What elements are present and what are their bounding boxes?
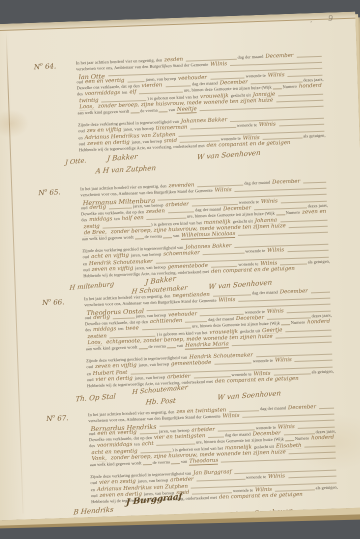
ruled-fill-line [296, 56, 321, 58]
ruled-dash [130, 112, 139, 113]
handwritten-text: veehouder [168, 311, 197, 318]
printed-form-text: jaren, van beroep [135, 264, 166, 270]
printed-form-text: dag der maand [195, 207, 221, 213]
ruled-dash [159, 111, 168, 112]
printed-form-text: oud [85, 315, 92, 320]
printed-form-text: dezes jaars, [303, 77, 323, 83]
printed-form-text: van [181, 459, 187, 464]
ruled-fill-line [185, 321, 207, 323]
printed-form-text: dezes jaars, [315, 429, 335, 435]
handwritten-text: schoenmaker [163, 251, 200, 258]
ruled-dash [285, 440, 294, 441]
handwritten-text: vierden [142, 83, 163, 90]
register-page-paper: No 64.In het jaar achttien honderd vier … [0, 12, 360, 521]
printed-form-text: ten [134, 442, 140, 447]
printed-form-text: jaren, van beroep [138, 478, 169, 484]
entry-number: No 66. [42, 298, 64, 307]
handwritten-text: middags [89, 217, 112, 224]
printed-form-text: als getuigen, [311, 369, 333, 375]
signature: W van Soenhoven [217, 389, 281, 401]
birth-record-entry: No 64.In het jaar achttien honderd vier … [76, 52, 327, 180]
printed-form-text: geslacht uit [254, 444, 274, 450]
ruled-dash [171, 463, 180, 464]
printed-form-text: oud [91, 493, 98, 498]
entry-number: No 67. [46, 414, 68, 423]
ruled-fill-line [311, 291, 330, 293]
handwritten-text: Wilnis [261, 198, 278, 205]
handwritten-text: voormiddags [85, 90, 120, 97]
printed-form-text: en [87, 371, 91, 376]
handwritten-text: December [288, 404, 316, 411]
printed-form-text: dezes jaars, [308, 203, 328, 209]
printed-form-text: en [78, 135, 82, 140]
pencil-tick-mark: ’ [310, 20, 312, 28]
printed-form-text: oud [76, 79, 83, 84]
printed-form-text: de voorna [140, 108, 158, 114]
printed-form-text: oud [90, 480, 97, 485]
printed-form-text: geslacht uit [240, 328, 260, 334]
handwritten-text: Wilnis [268, 72, 285, 79]
printed-form-text: oud [83, 267, 90, 272]
printed-form-text: Numero [295, 436, 309, 441]
entries: No 64.In het jaar achttien honderd vier … [0, 12, 360, 521]
printed-form-text: wonende te [245, 309, 265, 315]
printed-form-text: wonende te [233, 488, 253, 494]
printed-form-text: oud [81, 205, 88, 210]
ruled-fill-line [319, 407, 334, 409]
printed-form-text: ten [122, 90, 128, 95]
printed-form-text: jaren, van beroep [132, 139, 163, 145]
handwritten-text: Wilnis [259, 122, 276, 129]
signature: B Hendriks [73, 505, 114, 516]
signature: A H van Zutphen [95, 164, 156, 175]
entry-number-value: 64. [43, 62, 57, 70]
printed-form-text: geslacht uit [233, 218, 253, 224]
printed-form-text: jaren, van beroep [123, 126, 154, 132]
printed-form-text: oud [86, 364, 93, 369]
handwritten-text: Wilnis [275, 358, 292, 365]
ruled-fill-line [127, 81, 144, 83]
printed-form-text: de voorna [152, 460, 170, 466]
handwritten-text: twee [125, 326, 138, 332]
handwritten-text: Wilnis [215, 187, 232, 194]
printed-form-text: wonende te [239, 199, 259, 205]
printed-form-text: jaren, van beroep [135, 375, 166, 381]
printed-form-text: Numero [291, 320, 305, 325]
ruled-dash [139, 348, 148, 349]
printed-form-text: oud [79, 141, 86, 146]
printed-form-text: des [77, 92, 83, 97]
entry-number-value: 67. [55, 414, 69, 422]
printed-form-text: des [81, 218, 87, 223]
printed-form-text: oud [83, 255, 90, 260]
handwritten-text: elf [129, 90, 136, 96]
handwritten-text: Wilnis [218, 297, 235, 304]
printed-form-text: jaren, van beroep [146, 76, 177, 82]
printed-form-text: de voorna [148, 344, 166, 350]
printed-form-text: wonende te [246, 73, 266, 79]
handwritten-text: arbeider [165, 201, 189, 208]
printed-form-text: van [177, 343, 183, 348]
printed-form-text: ten [118, 326, 124, 331]
signature: W van Soenhoven [208, 278, 272, 290]
entry-number-value: 66. [51, 298, 65, 306]
handwritten-text: December [272, 179, 300, 186]
entry-number-value: 65. [47, 188, 61, 196]
ruled-dash [281, 324, 290, 325]
handwritten-text: honderd [299, 83, 322, 90]
printed-form-text: dag der maand [244, 180, 270, 186]
printed-form-text: wonende te [245, 248, 265, 254]
handwritten-text: honderd [307, 319, 330, 326]
ruled-dash [135, 238, 144, 239]
printed-form-text: des [85, 328, 91, 333]
handwritten-text: December [265, 53, 293, 60]
birth-record-entry: No 66.In het jaar achttien honderd vier … [84, 288, 335, 416]
ruled-dash [167, 347, 176, 348]
printed-form-text: ten [114, 216, 120, 221]
printed-form-text: als getuigen, [315, 485, 337, 491]
printed-form-text: wonende te [221, 136, 241, 142]
handwritten-text: Wilnis [278, 424, 295, 431]
handwritten-text: half een [122, 216, 144, 223]
handwritten-text: Wilnis [267, 248, 284, 255]
printed-form-text: dag der maand [192, 81, 218, 87]
ruled-dash [276, 214, 285, 215]
handwritten-text: December [280, 288, 308, 295]
printed-form-text: jaren, van beroep [133, 202, 164, 208]
printed-form-text: dag der maand [252, 289, 278, 295]
printed-form-text: als getuigen, [308, 259, 330, 265]
handwritten-text: zeven en [302, 209, 326, 216]
ruled-dash [163, 237, 172, 238]
ruled-dash [273, 89, 282, 90]
handwritten-text: honderd [311, 435, 334, 442]
printed-form-text: wonende te [253, 358, 273, 364]
birth-record-entry: No 65.In het jaar achttien honderd vier … [80, 178, 331, 306]
ruled-fill-line [303, 182, 326, 184]
handwritten-text: acht [142, 441, 154, 447]
printed-form-text: oud [78, 129, 85, 134]
printed-form-text: dag der maand [208, 316, 234, 322]
printed-form-text: wonende te [246, 474, 266, 480]
printed-form-text: als getuigen, [303, 133, 325, 139]
ruled-fill-line [140, 432, 159, 434]
signature: J Otte. [65, 156, 87, 166]
printed-form-text: jaren, van beroep [159, 428, 190, 434]
printed-form-text: en [83, 261, 87, 266]
handwritten-text: achttienden [150, 318, 183, 325]
signature: Th. Op Stal [75, 392, 116, 403]
printed-form-text: jaren, van beroep [139, 362, 170, 368]
handwritten-text: Wilnis [267, 308, 284, 315]
printed-form-text: de voorna [145, 234, 163, 240]
signature: H miltenburg [69, 280, 114, 292]
printed-form-text: dezes jaars, [311, 313, 331, 319]
printed-form-text: dag der maand [260, 405, 286, 411]
handwritten-text: zesden [146, 209, 165, 216]
signature: Hb. Post [145, 396, 176, 406]
scanned-register-page: No 64.In het jaar achttien honderd vier … [0, 0, 360, 539]
ruled-fill-line [113, 317, 135, 319]
printed-form-text: des [89, 443, 95, 448]
printed-form-text: dag der maand [238, 54, 264, 60]
printed-form-text: geslacht uit [231, 92, 251, 98]
ruled-fill-line [208, 436, 223, 438]
handwritten-text: Wilnis [210, 61, 227, 68]
signature: J Bakker [107, 152, 138, 162]
printed-form-text: oud [87, 377, 94, 382]
printed-form-text: van [169, 107, 175, 112]
printed-form-text: Numero [286, 210, 300, 215]
handwritten-text: Wilnis [222, 413, 239, 420]
printed-form-text: wonende te [231, 372, 251, 378]
ruled-fill-line [165, 85, 191, 87]
printed-form-text: jaren, van beroep [131, 252, 162, 258]
printed-form-text: wonende te [256, 425, 276, 431]
entry-number: No 64. [34, 62, 56, 71]
entry-number: No 65. [38, 188, 60, 197]
handwritten-text: Wilnis [268, 474, 285, 481]
printed-form-text: van [173, 233, 179, 238]
signature: W van Soenhoven [197, 149, 261, 161]
ruled-dash [143, 464, 152, 465]
printed-form-text: jaren, van beroep [136, 312, 167, 318]
printed-form-text: wonende te [238, 261, 258, 267]
printed-form-text: dag der maand [225, 432, 251, 438]
ruled-fill-line [109, 207, 132, 209]
printed-form-text: oud [89, 431, 96, 436]
printed-form-text: wonende te [237, 123, 257, 129]
printed-form-text: en [91, 487, 95, 492]
printed-form-text: Numero [283, 84, 297, 89]
